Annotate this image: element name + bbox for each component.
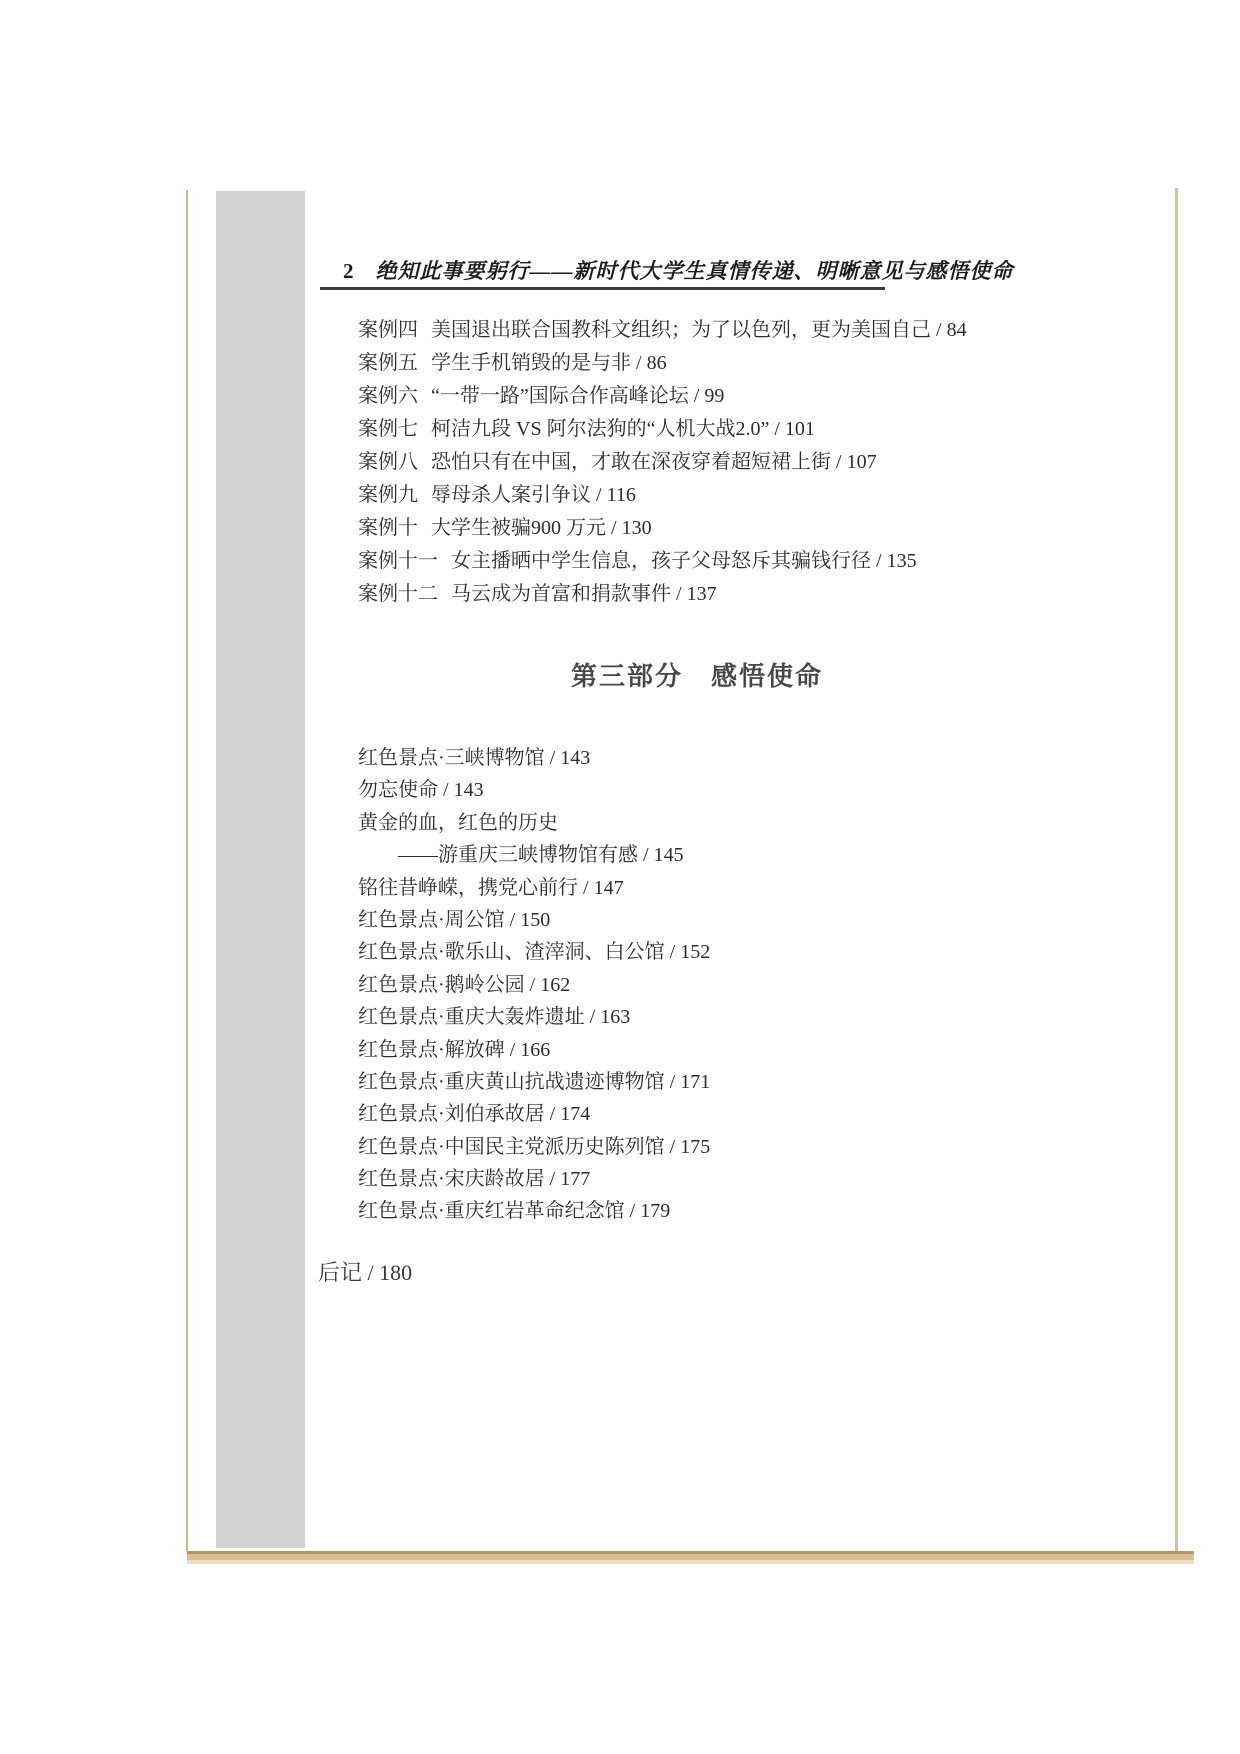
entry-page: 177 — [560, 1168, 590, 1190]
case-separator: / — [591, 484, 607, 506]
toc-entry-row: 红色景点·解放碑 / 166 — [358, 1034, 1118, 1066]
toc-entry-row: 红色景点·三峡博物馆 / 143 — [358, 742, 1118, 774]
case-separator: / — [671, 583, 687, 605]
entry-title: 红色景点·歌乐山、渣滓洞、白公馆 — [358, 941, 665, 963]
case-label: 案例十 — [358, 517, 418, 539]
entry-page: 166 — [520, 1039, 550, 1061]
case-title: 女主播晒中学生信息，孩子父母怒斥其骗钱行径 — [451, 550, 871, 572]
case-label: 案例五 — [358, 352, 418, 374]
entry-title: 红色景点·重庆黄山抗战遗迹博物馆 — [358, 1071, 665, 1093]
toc-entry-row: ——游重庆三峡博物馆有感 / 145 — [358, 839, 1118, 871]
entry-separator: / — [505, 1039, 521, 1061]
case-page: 86 — [647, 352, 667, 374]
page-right-edge — [1175, 188, 1178, 1551]
toc-case-row: 案例六“一带一路”国际合作高峰论坛 / 99 — [358, 380, 1118, 413]
case-label: 案例十一 — [358, 550, 438, 572]
entry-title: 黄金的血，红色的历史 — [358, 812, 558, 834]
entry-page: 171 — [680, 1071, 710, 1093]
entry-separator: / — [505, 909, 521, 931]
sidebar-gray-bar — [216, 191, 305, 1548]
running-title: 绝知此事要躬行——新时代大学生真情传递、明晰意见与感悟使命 — [376, 259, 1014, 283]
entry-title: 红色景点·刘伯承故居 — [358, 1103, 545, 1125]
entry-separator: / — [665, 1136, 681, 1158]
toc-case-row: 案例十大学生被骗900 万元 / 130 — [358, 512, 1118, 545]
toc-case-row: 案例七柯洁九段 VS 阿尔法狗的“人机大战2.0” / 101 — [358, 413, 1118, 446]
entry-title: 红色景点·宋庆龄故居 — [358, 1168, 545, 1190]
entry-separator: / — [545, 1168, 561, 1190]
entry-page: 150 — [520, 909, 550, 931]
entry-title: 铭往昔峥嵘，携党心前行 — [358, 877, 578, 899]
entry-separator: / — [665, 941, 681, 963]
postscript-page: 180 — [379, 1260, 412, 1285]
header-page-number: 2 — [343, 259, 354, 283]
case-label: 案例七 — [358, 418, 418, 440]
case-page: 84 — [947, 319, 967, 341]
toc-entry-row: 红色景点·刘伯承故居 / 174 — [358, 1098, 1118, 1130]
case-separator: / — [831, 451, 847, 473]
case-separator: / — [769, 418, 785, 440]
entry-page: 174 — [560, 1103, 590, 1125]
toc-case-row: 案例十一女主播晒中学生信息，孩子父母怒斥其骗钱行径 / 135 — [358, 545, 1118, 578]
entry-page: 175 — [680, 1136, 710, 1158]
case-page: 130 — [622, 517, 652, 539]
toc-case-row: 案例十二马云成为首富和捐款事件 / 137 — [358, 578, 1118, 611]
case-separator: / — [689, 385, 705, 407]
entry-page: 147 — [594, 877, 624, 899]
entry-title: 红色景点·周公馆 — [358, 909, 505, 931]
case-page: 99 — [704, 385, 724, 407]
entry-title: 勿忘使命 — [358, 779, 438, 801]
case-label: 案例十二 — [358, 583, 438, 605]
case-title: “一带一路”国际合作高峰论坛 — [431, 385, 689, 407]
case-label: 案例六 — [358, 385, 418, 407]
case-separator: / — [631, 352, 647, 374]
entry-separator: / — [438, 779, 454, 801]
entry-title: 红色景点·重庆红岩革命纪念馆 — [358, 1200, 625, 1222]
toc-entry-row: 红色景点·歌乐山、渣滓洞、白公馆 / 152 — [358, 936, 1118, 968]
toc-case-row: 案例八恐怕只有在中国，才敢在深夜穿着超短裙上街 / 107 — [358, 446, 1118, 479]
toc-entry-row: 红色景点·宋庆龄故居 / 177 — [358, 1163, 1118, 1195]
entry-page: 143 — [454, 779, 484, 801]
case-title: 辱母杀人案引争议 — [431, 484, 591, 506]
toc-entry-row: 勿忘使命 / 143 — [358, 774, 1118, 806]
case-page: 135 — [887, 550, 917, 572]
toc-entry-row: 红色景点·重庆大轰炸遗址 / 163 — [358, 1001, 1118, 1033]
entry-separator: / — [638, 844, 654, 866]
page-bottom-edge — [187, 1551, 1194, 1564]
entry-page: 162 — [540, 974, 570, 996]
entry-title: ——游重庆三峡博物馆有感 — [398, 844, 638, 866]
toc-case-row: 案例九辱母杀人案引争议 / 116 — [358, 479, 1118, 512]
case-title: 学生手机销毁的是与非 — [431, 352, 631, 374]
entry-separator: / — [545, 747, 561, 769]
section-title: 第三部分 感悟使命 — [187, 659, 1207, 693]
case-page: 116 — [607, 484, 636, 506]
case-page: 137 — [687, 583, 717, 605]
entry-page: 179 — [640, 1200, 670, 1222]
entry-separator: / — [665, 1071, 681, 1093]
case-separator: / — [606, 517, 622, 539]
case-title: 马云成为首富和捐款事件 — [451, 583, 671, 605]
toc-case-row: 案例五学生手机销毁的是与非 / 86 — [358, 347, 1118, 380]
entry-separator: / — [625, 1200, 641, 1222]
entry-separator: / — [578, 877, 594, 899]
entry-title: 红色景点·鹅岭公园 — [358, 974, 525, 996]
entry-page: 163 — [600, 1006, 630, 1028]
entry-title: 红色景点·中国民主党派历史陈列馆 — [358, 1136, 665, 1158]
toc-entry-row: 铭往昔峥嵘，携党心前行 / 147 — [358, 872, 1118, 904]
toc-entry-row: 红色景点·重庆黄山抗战遗迹博物馆 / 171 — [358, 1066, 1118, 1098]
entry-title: 红色景点·三峡博物馆 — [358, 747, 545, 769]
toc-entry-row: 红色景点·周公馆 / 150 — [358, 904, 1118, 936]
entry-title: 红色景点·解放碑 — [358, 1039, 505, 1061]
red-site-list: 红色景点·三峡博物馆 / 143勿忘使命 / 143黄金的血，红色的历史——游重… — [358, 742, 1118, 1228]
entry-page: 152 — [680, 941, 710, 963]
case-page: 101 — [785, 418, 815, 440]
case-separator: / — [931, 319, 947, 341]
case-label: 案例八 — [358, 451, 418, 473]
case-list: 案例四美国退出联合国教科文组织；为了以色列，更为美国自己 / 84案例五学生手机… — [358, 314, 1118, 611]
page-left-edge — [186, 190, 188, 1551]
case-title: 柯洁九段 VS 阿尔法狗的“人机大战2.0” — [431, 418, 769, 440]
postscript-row: 后记 / 180 — [318, 1258, 412, 1288]
toc-entry-row: 红色景点·中国民主党派历史陈列馆 / 175 — [358, 1131, 1118, 1163]
toc-entry-row: 黄金的血，红色的历史 — [358, 807, 1118, 839]
scanned-book-page: { "header": { "page_number": "2", "runni… — [0, 0, 1240, 1754]
postscript-separator: / — [362, 1260, 379, 1285]
entry-separator: / — [525, 974, 541, 996]
entry-title: 红色景点·重庆大轰炸遗址 — [358, 1006, 585, 1028]
entry-separator: / — [585, 1006, 601, 1028]
entry-page: 143 — [560, 747, 590, 769]
page-bottom-edge-light-band — [187, 1560, 1194, 1564]
case-title: 恐怕只有在中国，才敢在深夜穿着超短裙上街 — [431, 451, 831, 473]
case-label: 案例九 — [358, 484, 418, 506]
entry-separator: / — [545, 1103, 561, 1125]
header-rule — [320, 287, 885, 290]
case-title: 大学生被骗900 万元 — [431, 517, 606, 539]
postscript-title: 后记 — [318, 1260, 362, 1285]
case-label: 案例四 — [358, 319, 418, 341]
case-separator: / — [871, 550, 887, 572]
toc-case-row: 案例四美国退出联合国教科文组织；为了以色列，更为美国自己 / 84 — [358, 314, 1118, 347]
case-title: 美国退出联合国教科文组织；为了以色列，更为美国自己 — [431, 319, 931, 341]
case-page: 107 — [847, 451, 877, 473]
page-header: 2绝知此事要躬行——新时代大学生真情传递、明晰意见与感悟使命 — [343, 256, 1014, 286]
toc-entry-row: 红色景点·鹅岭公园 / 162 — [358, 969, 1118, 1001]
entry-page: 145 — [654, 844, 684, 866]
toc-entry-row: 红色景点·重庆红岩革命纪念馆 / 179 — [358, 1195, 1118, 1227]
